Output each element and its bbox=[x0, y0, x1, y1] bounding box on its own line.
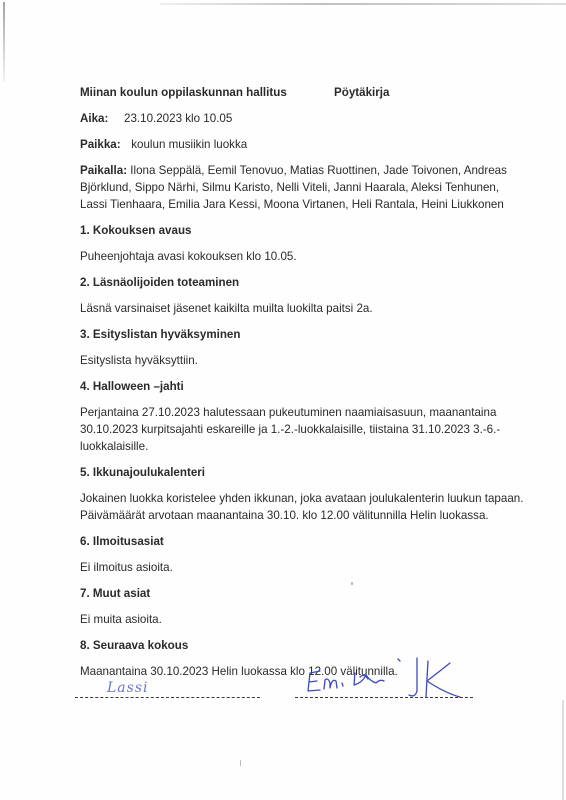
section-title: 3. Esityslistan hyväksyminen bbox=[80, 326, 520, 343]
attendees: Paikalla: Ilona Seppälä, Eemil Tenovuo, … bbox=[80, 162, 520, 213]
section-body: Läsnä varsinaiset jäsenet kaikilta muilt… bbox=[80, 300, 520, 317]
section-title: 4. Halloween –jahti bbox=[80, 378, 520, 395]
section-title: 6. Ilmoitusasiat bbox=[80, 533, 520, 550]
signature-line-left bbox=[75, 697, 260, 698]
section-title: 1. Kokouksen avaus bbox=[80, 222, 520, 239]
section-title: 2. Läsnäolijoiden toteaminen bbox=[80, 274, 520, 291]
section-body: Esityslista hyväksyttiin. bbox=[80, 352, 520, 369]
section-body: Jokainen luokka koristelee yhden ikkunan… bbox=[80, 490, 530, 524]
signature-handwritten-right: Emi Lk bbox=[300, 653, 480, 708]
section-body: Ei ilmoitus asioita. bbox=[80, 559, 520, 576]
section-title: 5. Ikkunajoulukalenteri bbox=[80, 464, 520, 481]
document-type: Pöytäkirja bbox=[334, 84, 389, 101]
section-title: 8. Seuraava kokous bbox=[80, 637, 520, 654]
scan-edge-right bbox=[562, 700, 564, 800]
section-body: Puheenjohtaja avasi kokouksen klo 10.05. bbox=[80, 248, 520, 265]
section-title: 7. Muut asiat bbox=[80, 585, 520, 602]
scan-edge-top bbox=[160, 3, 566, 5]
attendees-label: Paikalla: bbox=[80, 164, 127, 177]
time-value: 23.10.2023 klo 10.05 bbox=[124, 112, 232, 125]
meeting-time: Aika:23.10.2023 klo 10.05 bbox=[80, 110, 520, 127]
place-value: koulun musiikin luokka bbox=[131, 138, 247, 151]
scan-edge-left bbox=[3, 2, 5, 82]
document-body: Miinan koulun oppilaskunnan hallitus Pöy… bbox=[80, 84, 520, 689]
attendees-list: Ilona Seppälä, Eemil Tenovuo, Matias Ruo… bbox=[80, 164, 507, 211]
signature-area: Lassi bbox=[0, 680, 566, 710]
scan-speck bbox=[240, 760, 241, 766]
place-label: Paikka: bbox=[80, 136, 128, 153]
organization-name: Miinan koulun oppilaskunnan hallitus bbox=[80, 84, 287, 101]
section-body: Perjantaina 27.10.2023 halutessaan pukeu… bbox=[80, 404, 530, 455]
signature-handwritten-left: Lassi bbox=[107, 680, 149, 696]
time-label: Aika: bbox=[80, 110, 124, 127]
meeting-place: Paikka: koulun musiikin luokka bbox=[80, 136, 520, 153]
section-body: Ei muita asioita. bbox=[80, 611, 520, 628]
document-header: Miinan koulun oppilaskunnan hallitus Pöy… bbox=[80, 84, 520, 101]
scanned-document-page: Miinan koulun oppilaskunnan hallitus Pöy… bbox=[0, 0, 566, 800]
